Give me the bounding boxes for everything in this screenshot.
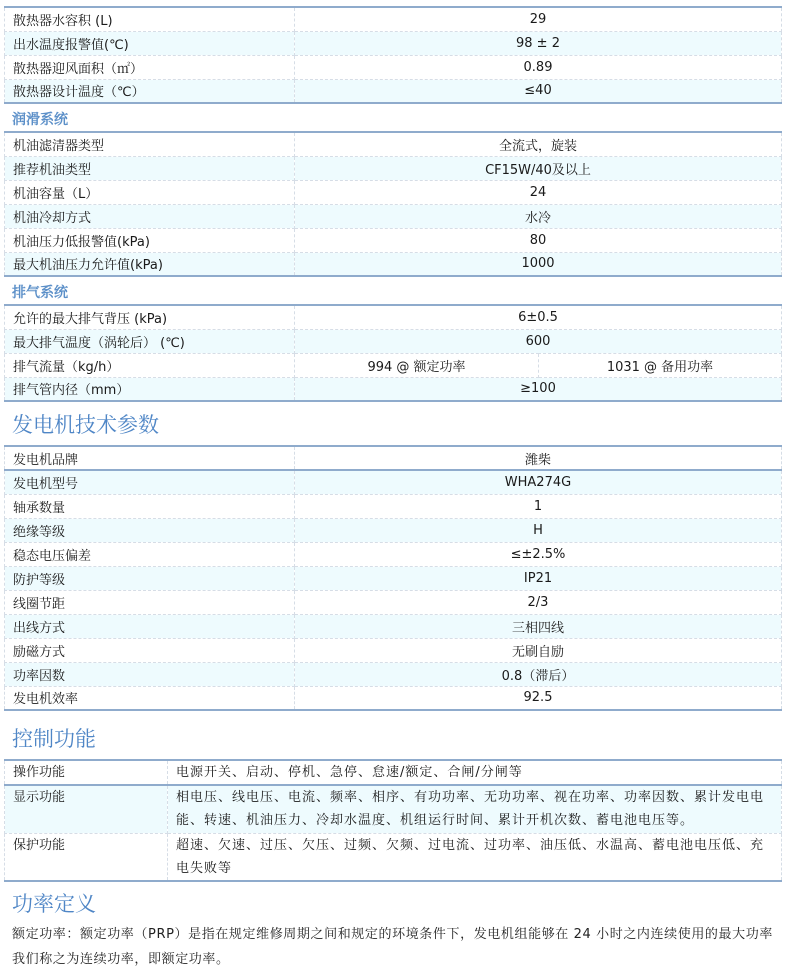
param-label: 推荐机油类型 (5, 156, 295, 180)
param-label: 排气流量（kg/h） (5, 353, 295, 377)
param-value: 水冷 (295, 204, 782, 228)
param-label: 出水温度报警值(℃) (5, 31, 295, 55)
table-row: 最大机油压力允许值(kPa) 1000 (5, 252, 782, 276)
param-value-standby: 1031 @ 备用功率 (539, 353, 782, 377)
param-label: 排气管内径（mm） (5, 377, 295, 401)
param-value: 全流式，旋装 (295, 132, 782, 156)
param-label: 显示功能 (5, 785, 168, 833)
table-row: 机油容量（L） 24 (5, 180, 782, 204)
param-value-rated: 994 @ 额定功率 (295, 353, 539, 377)
param-label: 励磁方式 (5, 638, 295, 662)
exhaust-subtitle: 排气系统 (12, 282, 68, 302)
table-row: 机油冷却方式 水冷 (5, 204, 782, 228)
param-label: 最大机油压力允许值(kPa) (5, 252, 295, 276)
table-row: 排气流量（kg/h） 994 @ 额定功率 1031 @ 备用功率 (5, 353, 782, 377)
param-label: 稳态电压偏差 (5, 542, 295, 566)
param-value: ≥100 (295, 377, 782, 401)
param-label: 机油冷却方式 (5, 204, 295, 228)
power-definition-text: 额定功率：额定功率（PRP）是指在规定维修周期之间和规定的环境条件下，发电机组能… (12, 922, 782, 972)
param-label: 机油容量（L） (5, 180, 295, 204)
param-value: 6±0.5 (295, 305, 782, 329)
lubrication-subtitle: 润滑系统 (12, 109, 68, 129)
control-section-title: 控制功能 (12, 723, 96, 753)
generator-table: 发电机品牌 潍柴 发电机型号 WHA274G 轴承数量 1 绝缘等级 H 稳态电… (4, 445, 782, 711)
param-label: 散热器迎风面积（㎡） (5, 55, 295, 79)
table-row: 散热器迎风面积（㎡） 0.89 (5, 55, 782, 79)
param-value: IP21 (295, 566, 782, 590)
param-label: 散热器设计温度（℃） (5, 79, 295, 103)
table-row: 推荐机油类型 CF15W/40及以上 (5, 156, 782, 180)
table-row: 励磁方式 无刷自励 (5, 638, 782, 662)
table-row: 操作功能 电源开关、启动、停机、急停、怠速/额定、合闸/分闸等 (5, 760, 782, 785)
param-value: 三相四线 (295, 614, 782, 638)
param-label: 发电机品牌 (5, 446, 295, 470)
param-label: 散热器水容积 (L) (5, 7, 295, 31)
control-table: 操作功能 电源开关、启动、停机、急停、怠速/额定、合闸/分闸等 显示功能 相电压… (4, 759, 782, 882)
table-row: 排气管内径（mm） ≥100 (5, 377, 782, 401)
table-row: 发电机型号 WHA274G (5, 470, 782, 494)
param-value: 24 (295, 180, 782, 204)
param-value: 92.5 (295, 686, 782, 710)
table-row: 线圈节距 2/3 (5, 590, 782, 614)
param-label: 机油滤清器类型 (5, 132, 295, 156)
param-label: 发电机效率 (5, 686, 295, 710)
param-value: 0.89 (295, 55, 782, 79)
param-label: 机油压力低报警值(kPa) (5, 228, 295, 252)
param-value: 1000 (295, 252, 782, 276)
param-label: 最大排气温度（涡轮后） (℃) (5, 329, 295, 353)
param-value: 80 (295, 228, 782, 252)
param-label: 出线方式 (5, 614, 295, 638)
param-value: 潍柴 (295, 446, 782, 470)
table-row: 发电机品牌 潍柴 (5, 446, 782, 470)
param-value: 电源开关、启动、停机、急停、怠速/额定、合闸/分闸等 (168, 760, 782, 785)
param-value: 600 (295, 329, 782, 353)
param-value: 1 (295, 494, 782, 518)
table-row: 绝缘等级 H (5, 518, 782, 542)
param-value: 无刷自励 (295, 638, 782, 662)
param-value: WHA274G (295, 470, 782, 494)
table-row: 功率因数 0.8（滞后） (5, 662, 782, 686)
table-row: 出线方式 三相四线 (5, 614, 782, 638)
table-row: 散热器水容积 (L) 29 (5, 7, 782, 31)
param-value: 超速、欠速、过压、欠压、过频、欠频、过电流、过功率、油压低、水温高、蓄电池电压低… (168, 833, 782, 881)
cooling-table: 散热器水容积 (L) 29 出水温度报警值(℃) 98 ± 2 散热器迎风面积（… (4, 6, 782, 104)
table-row: 稳态电压偏差 ≤±2.5% (5, 542, 782, 566)
param-value: ≤40 (295, 79, 782, 103)
param-label: 轴承数量 (5, 494, 295, 518)
exhaust-table: 允许的最大排气背压 (kPa) 6±0.5 最大排气温度（涡轮后） (℃) 60… (4, 304, 782, 402)
generator-section-title: 发电机技术参数 (12, 409, 159, 439)
table-row: 散热器设计温度（℃） ≤40 (5, 79, 782, 103)
param-value: 98 ± 2 (295, 31, 782, 55)
table-row: 发电机效率 92.5 (5, 686, 782, 710)
power-definition-title: 功率定义 (12, 888, 96, 918)
param-value: ≤±2.5% (295, 542, 782, 566)
param-label: 发电机型号 (5, 470, 295, 494)
lubrication-table: 机油滤清器类型 全流式，旋装 推荐机油类型 CF15W/40及以上 机油容量（L… (4, 131, 782, 277)
param-value: 29 (295, 7, 782, 31)
param-label: 功率因数 (5, 662, 295, 686)
table-row: 轴承数量 1 (5, 494, 782, 518)
param-label: 线圈节距 (5, 590, 295, 614)
param-label: 保护功能 (5, 833, 168, 881)
param-label: 绝缘等级 (5, 518, 295, 542)
param-value: CF15W/40及以上 (295, 156, 782, 180)
param-value: 2/3 (295, 590, 782, 614)
table-row: 显示功能 相电压、线电压、电流、频率、相序、有功功率、无功功率、视在功率、功率因… (5, 785, 782, 833)
table-row: 机油压力低报警值(kPa) 80 (5, 228, 782, 252)
param-value: 0.8（滞后） (295, 662, 782, 686)
table-row: 机油滤清器类型 全流式，旋装 (5, 132, 782, 156)
table-row: 防护等级 IP21 (5, 566, 782, 590)
param-label: 操作功能 (5, 760, 168, 785)
table-row: 出水温度报警值(℃) 98 ± 2 (5, 31, 782, 55)
param-label: 允许的最大排气背压 (kPa) (5, 305, 295, 329)
param-value: 相电压、线电压、电流、频率、相序、有功功率、无功功率、视在功率、功率因数、累计发… (168, 785, 782, 833)
table-row: 保护功能 超速、欠速、过压、欠压、过频、欠频、过电流、过功率、油压低、水温高、蓄… (5, 833, 782, 881)
param-value: H (295, 518, 782, 542)
table-row: 最大排气温度（涡轮后） (℃) 600 (5, 329, 782, 353)
table-row: 允许的最大排气背压 (kPa) 6±0.5 (5, 305, 782, 329)
param-label: 防护等级 (5, 566, 295, 590)
